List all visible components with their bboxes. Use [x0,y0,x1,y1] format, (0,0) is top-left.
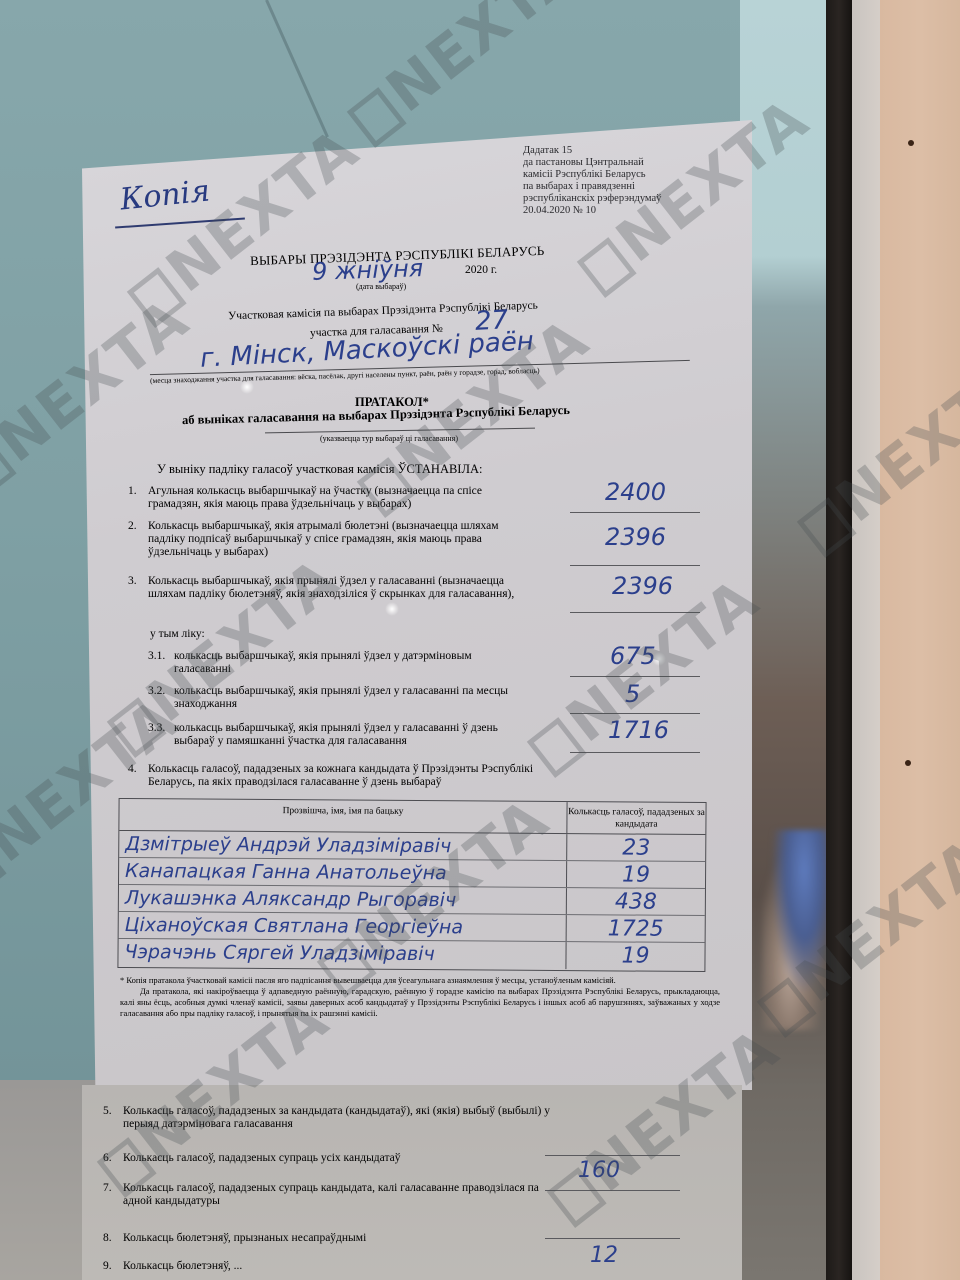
election-year: 2020 г. [465,264,497,276]
door-spot [908,140,914,146]
item-3-1-value: 675 [610,642,656,670]
appendix-line: Дадатак 15 [523,145,733,157]
appendix-line: рэспубліканскіх рэферэндумаў [523,193,733,205]
item-number: 5. [103,1105,112,1118]
item-text: колькасць выбаршчыкаў, якія прынялі ўдзе… [174,685,514,711]
item-3-2-value: 5 [625,680,640,708]
candidate-name: Лукашэнка Аляксандр Рыгоравіч [119,885,567,914]
item-8-value: 12 [590,1243,618,1268]
item-text: Колькасць галасоў, пададзеных за кожнага… [148,763,568,789]
candidate-votes: 23 [567,834,705,861]
value-line [545,1190,680,1191]
item-text: Колькасць бюлетэняў, прызнаных несапраўд… [123,1232,563,1245]
table-header: Прозвішча, імя, імя па бацьку Колькасць … [119,799,705,835]
item-text: Колькасць галасоў, пададзеных супраць ка… [123,1182,563,1208]
light-glare [652,652,666,666]
value-line [570,565,700,566]
candidate-votes: 438 [567,888,705,915]
value-line [570,752,700,753]
candidate-name: Чэрачэнь Сяргей Уладзіміравіч [118,939,566,969]
table-row: Дзмітрыеў Андрэй Уладзіміравіч 23 [119,831,705,862]
item-number: 3.1. [148,650,165,663]
window-frame [826,0,852,1280]
door-panel [880,0,960,1280]
item-number: 7. [103,1182,112,1195]
appendix-line: камісіі Рэспублікі Беларусь [523,169,733,181]
item-text: Колькасць выбаршчыкаў, якія прынялі ўдзе… [148,575,528,601]
appendix-line: 20.04.2020 № 10 [523,205,733,217]
candidate-votes: 19 [567,861,705,888]
candidate-name: Ціханоўская Святлана Георгіеўна [119,912,567,941]
table-row: Лукашэнка Аляксандр Рыгоравіч 438 [119,885,705,916]
item-number: 9. [103,1260,112,1273]
item-3-value: 2396 [612,572,673,600]
item-number: 3. [128,575,137,588]
table-row: Ціханоўская Святлана Георгіеўна 1725 [119,912,705,943]
window-frame-light [852,0,882,1280]
value-line [570,676,700,677]
item-number: 1. [128,485,137,498]
item-text: колькасць выбаршчыкаў, якія прынялі ўдзе… [174,722,514,748]
value-line [570,612,700,613]
item-number: 2. [128,520,137,533]
light-glare [385,602,399,616]
round-caption: (указваецца тур выбараў ці галасавання) [320,434,458,443]
item-number: 3.2. [148,685,165,698]
item-2-value: 2396 [605,523,666,551]
item-number: 3.3. [148,722,165,735]
item-6-value: 160 [578,1158,620,1183]
appendix-line: па выбарах і правядзенні [523,181,733,193]
value-line [545,1238,680,1239]
appendix-line: да пастановы Цэнтральнай [523,157,733,169]
candidates-table: Прозвішча, імя, імя па бацьку Колькасць … [117,798,706,972]
room-view-through-window [740,0,830,1280]
header-votes: Колькасць галасоў, пададзеных за кандыда… [567,802,705,834]
item-text: Агульная колькасць выбаршчыкаў на ўчастк… [148,485,528,511]
candidate-votes: 19 [566,942,704,970]
in-which-label: у тым ліку: [150,628,205,640]
item-number: 6. [103,1152,112,1165]
candidate-votes: 1725 [567,915,705,942]
item-number: 8. [103,1232,112,1245]
candidate-name: Дзмітрыеў Андрэй Уладзіміравіч [119,831,567,860]
item-text: колькасць выбаршчыкаў, якія прынялі ўдзе… [174,650,514,676]
header-name: Прозвішча, імя, імя па бацьку [119,799,567,833]
table-row: Канапацкая Ганна Анатольеўна 19 [119,858,705,889]
footnote-2: Да пратакола, які накіроўваецца ў адпаве… [120,986,720,1019]
item-text: Колькасць галасоў, пададзеных супраць ус… [123,1152,563,1165]
established-heading: У выніку падліку галасоў участковая камі… [157,462,482,477]
appendix-note: Дадатак 15 да пастановы Цэнтральнай камі… [523,145,733,217]
candidate-name: Канапацкая Ганна Анатольеўна [119,858,567,887]
light-glare [240,380,254,394]
item-1-value: 2400 [605,478,666,506]
election-date-caption: (дата выбараў) [356,282,406,291]
footnote: * Копія пратакола ўчастковай камісіі пас… [120,975,720,1019]
item-text: Колькасць галасоў, пададзеных за кандыда… [123,1105,563,1131]
footnote-1: * Копія пратакола ўчастковай камісіі пас… [120,975,720,986]
value-line [570,713,700,714]
value-line [570,512,700,513]
table-row: Чэрачэнь Сяргей Уладзіміравіч 19 [118,939,704,970]
value-line [545,1155,680,1156]
item-number: 4. [128,763,137,776]
item-text: Колькасць бюлетэняў, ... [123,1260,563,1273]
blurred-person [762,830,832,1030]
item-text: Колькасць выбаршчыкаў, якія атрымалі бюл… [148,520,528,559]
door-spot [905,760,911,766]
item-3-3-value: 1716 [608,716,669,744]
